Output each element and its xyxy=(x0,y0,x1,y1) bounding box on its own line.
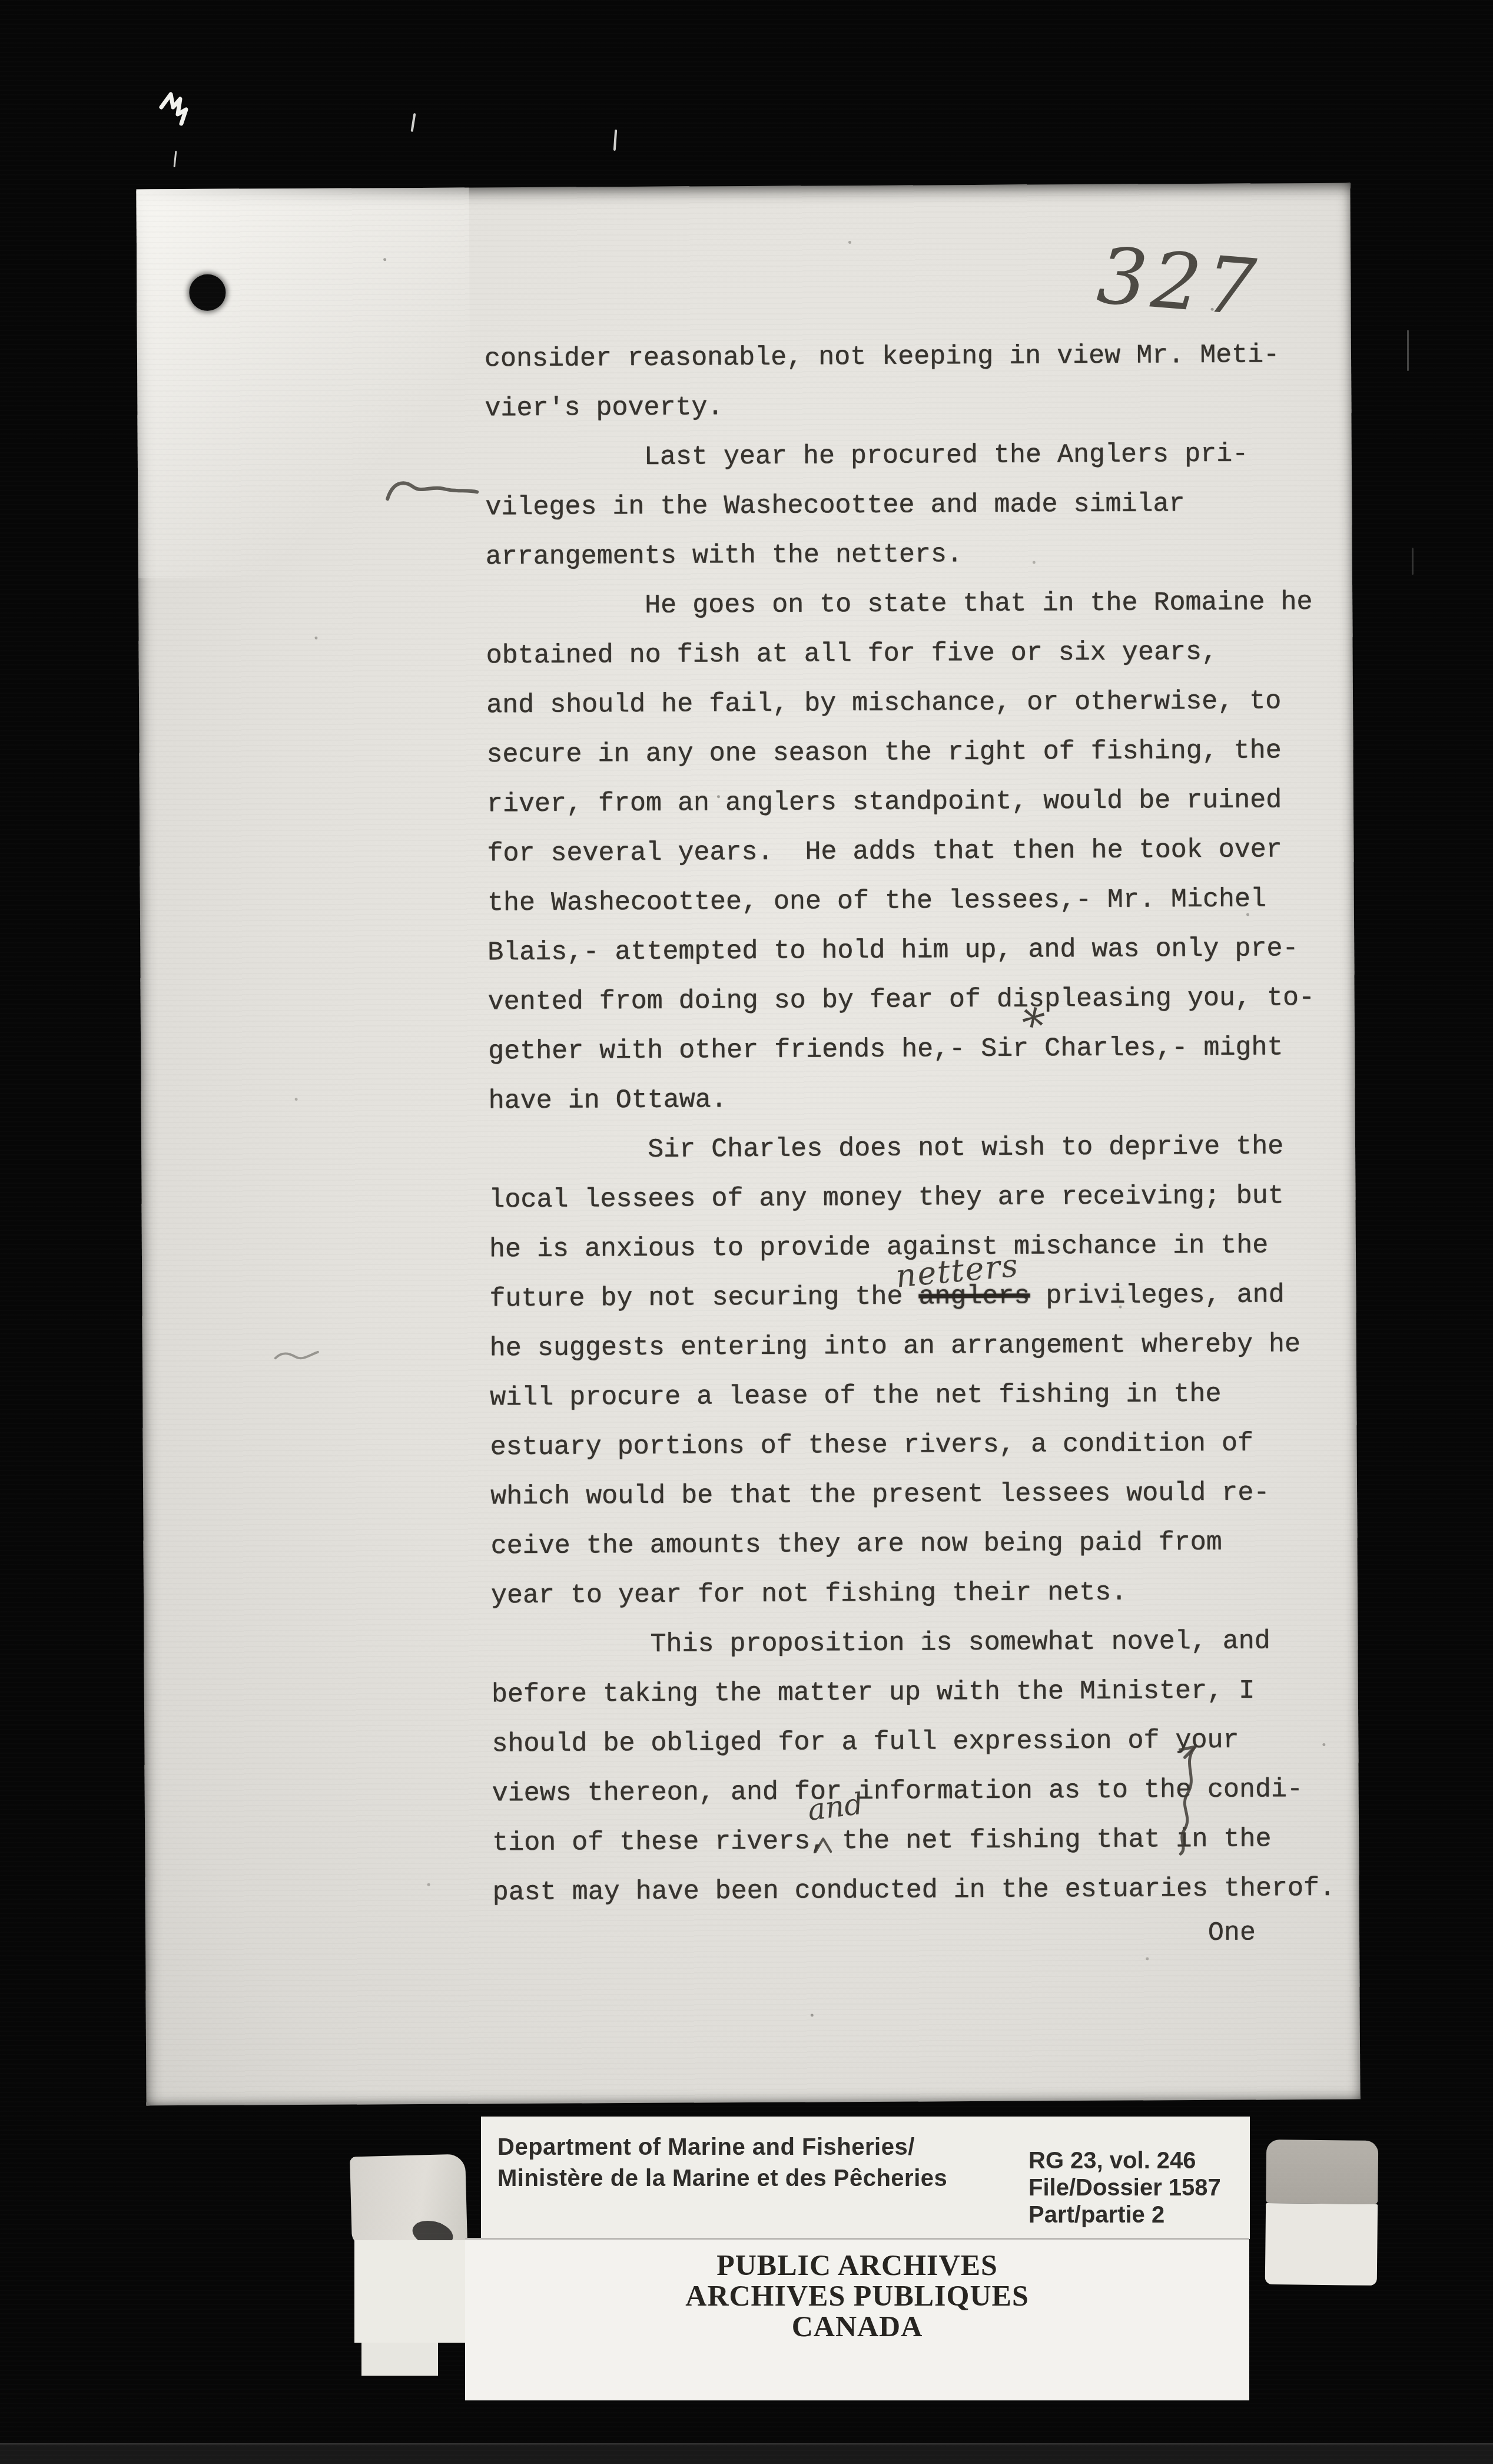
insertion-caret xyxy=(813,1836,833,1853)
typewritten-line: which would be that the present lessees … xyxy=(490,1468,1362,1522)
typewritten-line: vier's poverty. xyxy=(485,380,1356,434)
department-name-fr: Ministère de la Marine et des Pêcheries xyxy=(497,2163,947,2194)
typewritten-line: estuary portions of these rivers, a cond… xyxy=(490,1419,1361,1473)
torn-paper-fragment-right xyxy=(1265,2140,1379,2286)
film-scratch-line xyxy=(1412,548,1414,575)
torn-fragment-white-part xyxy=(1265,2203,1378,2286)
typewritten-line: gether with other friends he,- Sir Charl… xyxy=(488,1023,1359,1077)
margin-swoosh-mark xyxy=(385,472,479,508)
typewritten-line: vented from doing so by fear of displeas… xyxy=(488,973,1359,1028)
typewritten-line: tion of these rivers, the net fishing th… xyxy=(492,1814,1363,1869)
archives-title-en: PUBLIC ARCHIVES xyxy=(465,2250,1249,2280)
part-number: Part/partie 2 xyxy=(1028,2201,1221,2228)
scanner-edge-strip xyxy=(0,2443,1493,2464)
punch-hole xyxy=(189,274,225,311)
handwritten-arrow-squiggle xyxy=(1148,1744,1207,1857)
handwritten-page-number: 327 xyxy=(1094,230,1264,334)
typewritten-line: obtained no fish at all for five or six … xyxy=(486,627,1357,681)
typewritten-line: secure in any one season the right of fi… xyxy=(486,726,1358,780)
typewritten-line: year to year for not fishing their nets. xyxy=(491,1567,1362,1621)
paper-light-patch xyxy=(136,187,470,578)
record-group-volume: RG 23, vol. 246 xyxy=(1028,2147,1221,2174)
typewritten-line: vileges in the Washecoottee and made sim… xyxy=(485,479,1356,533)
typewritten-line: have in Ottawa. xyxy=(488,1072,1359,1127)
typewritten-line: local lessees of any money they are rece… xyxy=(489,1171,1360,1226)
archives-title-fr: ARCHIVES PUBLIQUES xyxy=(465,2280,1249,2311)
margin-tick-mark xyxy=(273,1346,320,1364)
archives-country: CANADA xyxy=(465,2311,1249,2342)
film-dust-speck xyxy=(411,113,416,132)
department-name-en: Department of Marine and Fisheries/ xyxy=(497,2132,947,2163)
file-dossier-number: File/Dossier 1587 xyxy=(1028,2174,1221,2201)
typewritten-line: ceive the amounts they are now being pai… xyxy=(490,1518,1362,1572)
typewritten-line: the Washecoottee, one of the lessees,- M… xyxy=(487,875,1359,929)
catchword: One xyxy=(1208,1909,1256,1958)
typewritten-line: before taking the matter up with the Min… xyxy=(492,1666,1363,1720)
typewritten-line: and should he fail, by mischance, or oth… xyxy=(486,677,1358,731)
film-dust-speck xyxy=(174,151,177,167)
typewritten-line: views thereon, and for information as to… xyxy=(492,1765,1363,1819)
paper-specks xyxy=(136,189,138,191)
film-dust-speck xyxy=(613,130,618,151)
typewritten-line: river, from an anglers standpoint, would… xyxy=(487,776,1358,830)
typewritten-text: consider reasonable, not keeping in view… xyxy=(485,330,1364,1918)
typewritten-line: He goes on to state that in the Romaine … xyxy=(486,578,1357,632)
typewritten-line: for several years. He adds that then he … xyxy=(487,825,1358,879)
label-torn-extension-small xyxy=(361,2343,438,2376)
torn-fragment-gray-part xyxy=(1266,2140,1378,2204)
label-torn-extension xyxy=(354,2240,470,2343)
archive-reference-label: Department of Marine and Fisheries/ Mini… xyxy=(481,2117,1250,2239)
handwritten-and-annotation: and xyxy=(806,1787,865,1827)
typewritten-line: consider reasonable, not keeping in view… xyxy=(485,330,1356,385)
film-scratch-line xyxy=(1407,330,1409,371)
typewritten-line: should be obliged for a full expression … xyxy=(492,1715,1363,1770)
typewritten-line: he suggests entering into an arrangement… xyxy=(490,1320,1361,1374)
typewritten-line: arrangements with the netters. xyxy=(486,528,1357,582)
microfilm-scan: 327 consider reasonable, not keeping in … xyxy=(0,0,1493,2464)
film-scratch-mark xyxy=(158,87,193,128)
typewritten-line: will procure a lease of the net fishing … xyxy=(490,1369,1361,1423)
document-page: 327 consider reasonable, not keeping in … xyxy=(136,183,1360,2106)
typewritten-line: Last year he procured the Anglers pri- xyxy=(485,429,1356,483)
typewritten-line: Blais,- attempted to hold him up, and wa… xyxy=(487,924,1359,978)
typewritten-line: This proposition is somewhat novel, and xyxy=(491,1617,1362,1671)
typewritten-line: Sir Charles does not wish to deprive the xyxy=(489,1122,1360,1176)
public-archives-stamp: PUBLIC ARCHIVES ARCHIVES PUBLIQUES CANAD… xyxy=(465,2238,1249,2400)
